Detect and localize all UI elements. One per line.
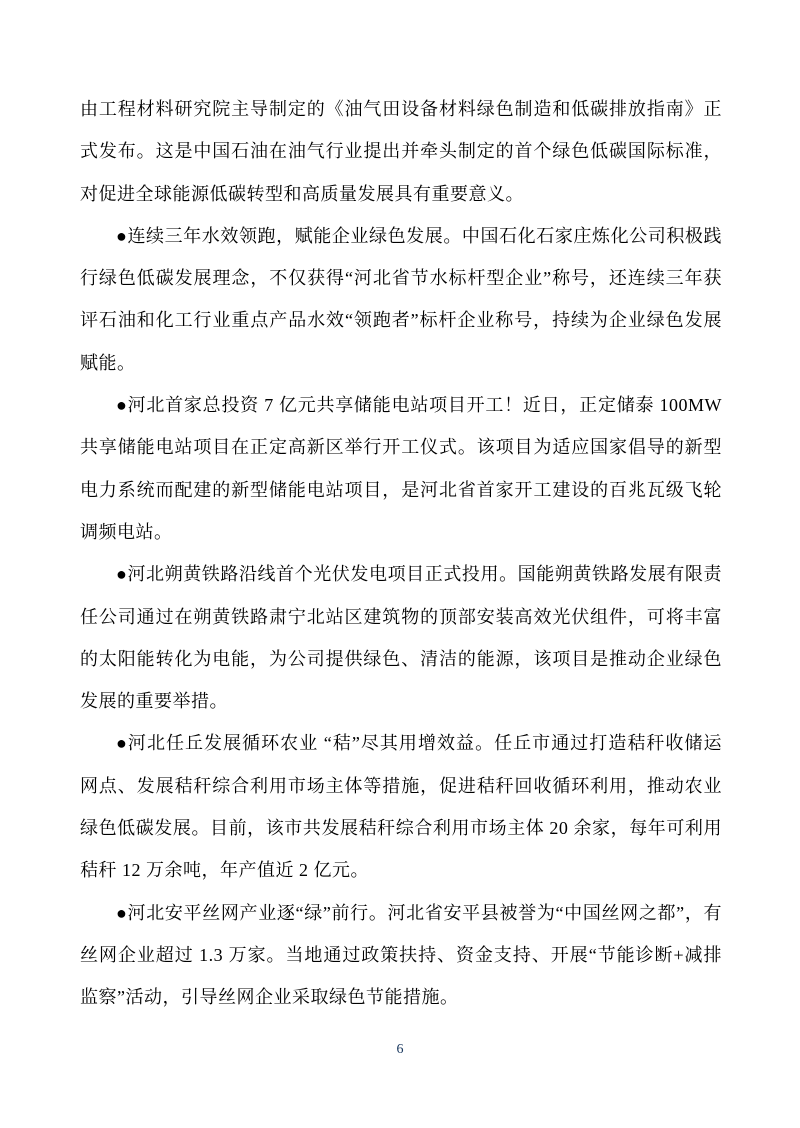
bullet-paragraph-water-efficiency: ●连续三年水效领跑，赋能企业绿色发展。中国石化石家庄炼化公司积极践行绿色低碳发展…: [80, 215, 722, 384]
page-number: 6: [397, 1042, 404, 1057]
page-footer: 6: [0, 1040, 800, 1058]
bullet-paragraph-straw-recycling: ●河北任丘发展循环农业 “秸”尽其用增效益。任丘市通过打造秸秆收储运网点、发展秸…: [80, 722, 722, 891]
paragraph-intro-continuation: 由工程材料研究院主导制定的《油气田设备材料绿色制造和低碳排放指南》正式发布。这是…: [80, 88, 722, 215]
document-page: 由工程材料研究院主导制定的《油气田设备材料绿色制造和低碳排放指南》正式发布。这是…: [0, 0, 800, 1128]
bullet-paragraph-railway-photovoltaic: ●河北朔黄铁路沿线首个光伏发电项目正式投用。国能朔黄铁路发展有限责任公司通过在朔…: [80, 553, 722, 722]
page-body: 由工程材料研究院主导制定的《油气田设备材料绿色制造和低碳排放指南》正式发布。这是…: [0, 0, 800, 1019]
bullet-paragraph-wire-mesh-industry: ●河北安平丝网产业逐“绿”前行。河北省安平县被誉为“中国丝网之都”，有丝网企业超…: [80, 892, 722, 1019]
bullet-paragraph-energy-storage-project: ●河北首家总投资 7 亿元共享储能电站项目开工！近日，正定储泰 100MW 共享…: [80, 384, 722, 553]
